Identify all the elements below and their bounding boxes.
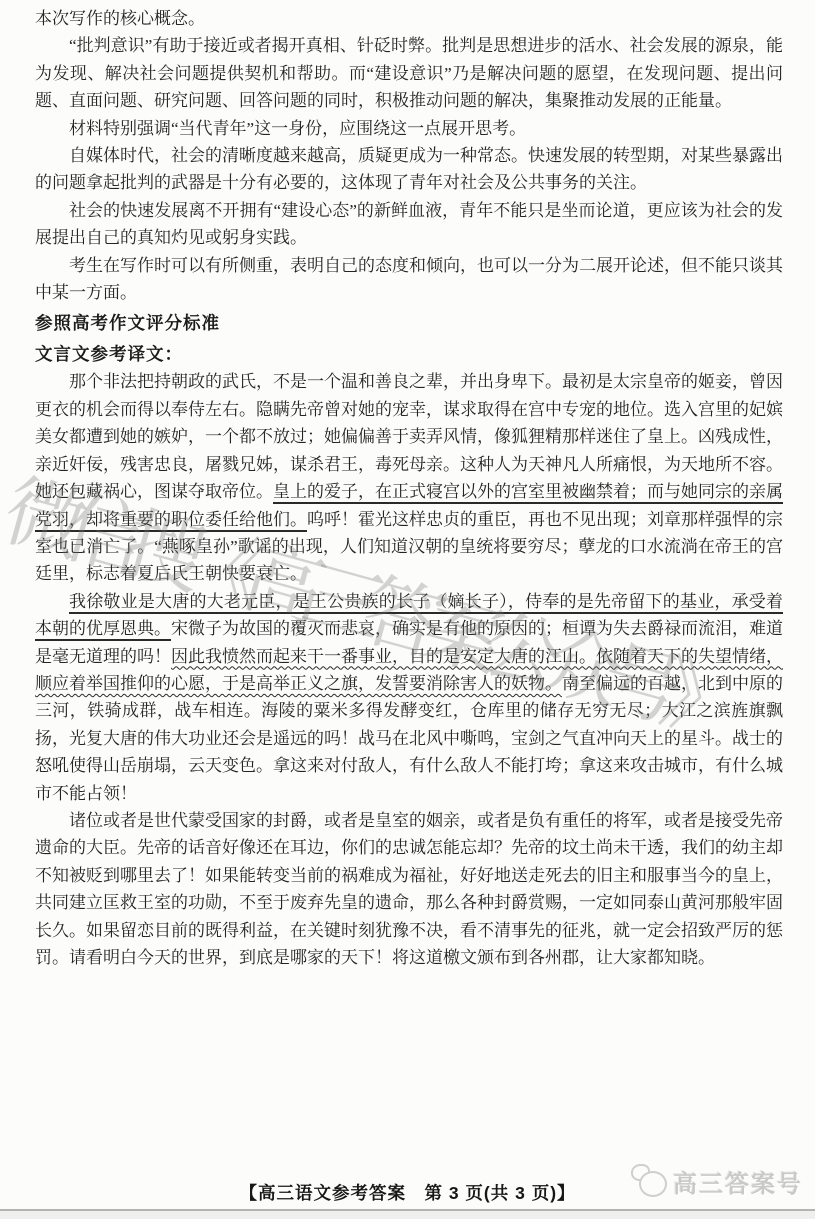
translation-segment: 南至偏远的百越，北到中原的三河，铁骑成群，战车相连。海陵的粟米多得发酵变红，仓库… bbox=[35, 674, 783, 803]
heading-classical-translation: 文言文参考译文： bbox=[35, 341, 783, 368]
translation-paragraph: 诸位或者是世代蒙受国家的封爵，或者是皇室的姻亲，或者是负有重任的将军，或者是接受… bbox=[35, 807, 783, 971]
essay-note-paragraph: 本次写作的核心概念。 bbox=[35, 5, 783, 32]
scanned-answer-page: 本次写作的核心概念。 “批判意识”有助于接近或者揭开真相、针砭时弊。批判是思想进… bbox=[0, 0, 815, 1219]
scan-bottom-edge-line bbox=[0, 1209, 815, 1211]
publisher-logo: 高三答案号 bbox=[629, 1162, 803, 1200]
panda-icon bbox=[629, 1162, 673, 1200]
essay-note-paragraph: “批判意识”有助于接近或者揭开真相、针砭时弊。批判是思想进步的活水、社会发展的源… bbox=[35, 32, 783, 114]
essay-note-paragraph: 材料特别强调“当代青年”这一身份，应围绕这一点展开思考。 bbox=[35, 115, 783, 142]
publisher-logo-text: 高三答案号 bbox=[673, 1164, 803, 1199]
heading-scoring-standard: 参照高考作文评分标准 bbox=[35, 310, 783, 337]
essay-note-paragraph: 考生在写作时可以有所侧重，表明自己的态度和倾向，也可以一分为二展开论述，但不能只… bbox=[35, 252, 783, 307]
essay-note-paragraph: 社会的快速发展离不开拥有“建设心态”的新鲜血液，青年不能只是坐而论道，更应该为社… bbox=[35, 197, 783, 252]
translation-paragraph: 我徐敬业是大唐的大老元臣，是王公贵族的长子（嫡长子），侍奉的是先帝留下的基业，承… bbox=[35, 588, 783, 807]
translation-segment: 诸位或者是世代蒙受国家的封爵，或者是皇室的姻亲，或者是负有重任的将军，或者是接受… bbox=[35, 811, 783, 967]
scan-bottom-strip bbox=[0, 1211, 815, 1219]
page-body: 本次写作的核心概念。 “批判意识”有助于接近或者揭开真相、针砭时弊。批判是思想进… bbox=[35, 5, 783, 971]
essay-note-paragraph: 自媒体时代，社会的清晰度越来越高，质疑更成为一种常态。快速发展的转型期，对某些暴… bbox=[35, 142, 783, 197]
translation-paragraph: 那个非法把持朝政的武氏，不是一个温和善良之辈，并出身卑下。最初是太宗皇帝的姬妾，… bbox=[35, 368, 783, 587]
